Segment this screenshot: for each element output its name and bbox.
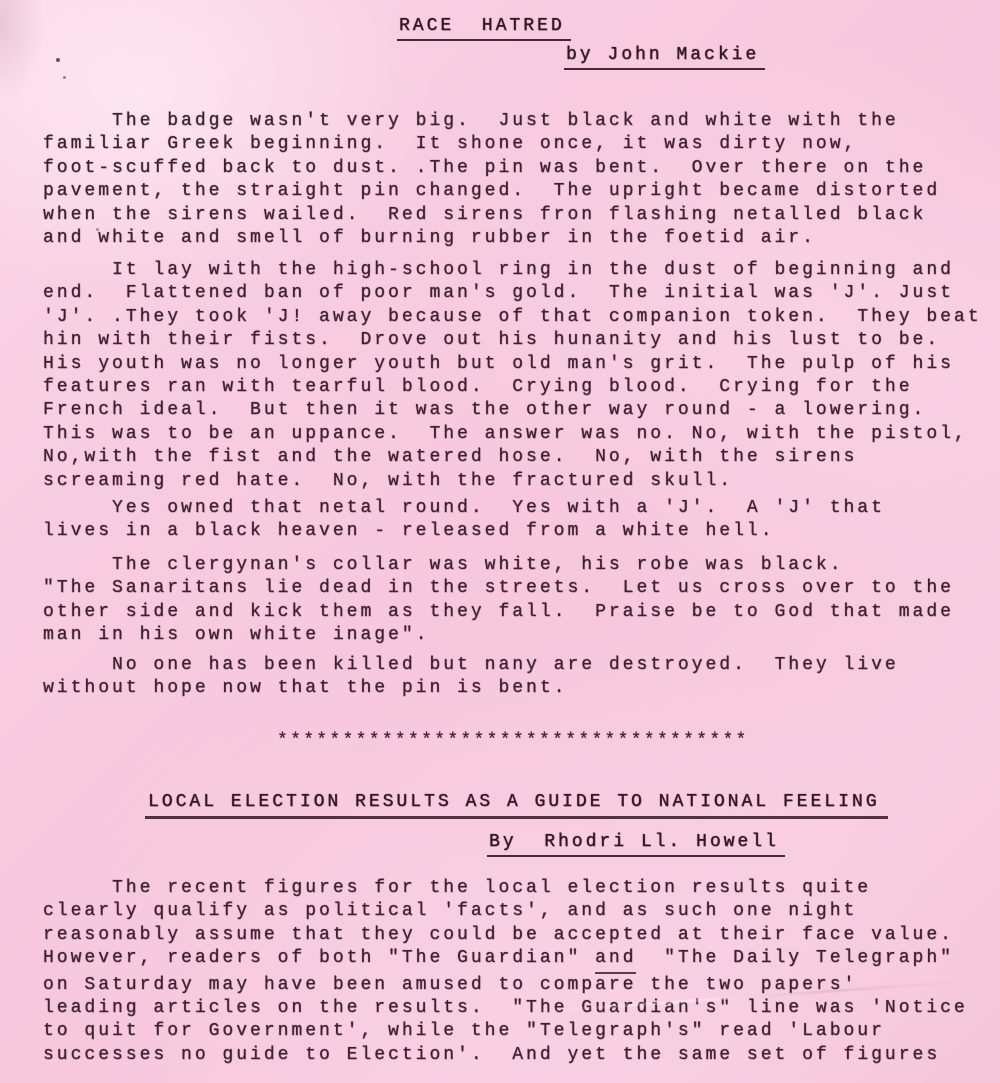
text-line: successes no guide to Election'. And yet…: [43, 1044, 968, 1067]
ink-speck: [96, 228, 99, 231]
text-line: Yes owned that netal round. Yes with a '…: [43, 497, 885, 520]
article1-paragraph-3: Yes owned that netal round. Yes with a '…: [43, 497, 885, 544]
text-line: familiar Greek beginning. It shone once,…: [43, 133, 940, 156]
underlined-word: and: [595, 947, 636, 973]
asterisk-divider: ************************************: [277, 731, 749, 751]
text-line: hin with their fists. Drove out his huna…: [43, 329, 982, 352]
text-line: His youth was no longer youth but old ma…: [43, 353, 982, 376]
text-line: lives in a black heaven - released from …: [43, 520, 885, 543]
text-line: It lay with the high-school ring in the …: [43, 259, 982, 282]
text-line: 'J'. .They took 'J! away because of that…: [43, 306, 982, 329]
article1-byline: by John Mackie: [564, 45, 765, 70]
text-line: and white and smell of burning rubber in…: [43, 227, 940, 250]
text-line: other side and kick them as they fall. P…: [43, 601, 954, 624]
text-line: without hope now that the pin is bent.: [43, 677, 899, 700]
text-line: French ideal. But then it was the other …: [43, 399, 982, 422]
text-line: leading articles on the results. "The Gu…: [43, 997, 968, 1020]
text-line: on Saturday may have been amused to comp…: [43, 974, 968, 997]
text-line: "The Sanaritans lie dead in the streets.…: [43, 577, 954, 600]
text-line: features ran with tearful blood. Crying …: [43, 376, 982, 399]
text-line: end. Flattened ban of poor man's gold. T…: [43, 282, 982, 305]
text-line: to quit for Government', while the "Tele…: [43, 1020, 968, 1043]
text-line: clearly qualify as political 'facts', an…: [43, 900, 968, 923]
article1-paragraph-2: It lay with the high-school ring in the …: [43, 259, 982, 493]
text-line: No one has been killed but nany are dest…: [43, 654, 899, 677]
text-line: man in his own white inage".: [43, 624, 954, 647]
text-line: This was to be an uppance. The answer wa…: [43, 423, 982, 446]
article2-byline: By Rhodri Ll. Howell: [487, 832, 785, 857]
text-line: The clergynan's collar was white, his ro…: [43, 554, 954, 577]
text-line: reasonably assume that they could be acc…: [43, 924, 968, 947]
article2-title: LOCAL ELECTION RESULTS AS A GUIDE TO NAT…: [145, 792, 888, 819]
text-line: pavement, the straight pin changed. The …: [43, 180, 940, 203]
article1-paragraph-1: The badge wasn't very big. Just black an…: [43, 110, 940, 250]
text-segment: "The Daily Telegraph": [636, 948, 953, 968]
text-line: The recent figures for the local electio…: [43, 877, 968, 900]
text-line: foot-scuffed back to dust. .The pin was …: [43, 157, 940, 180]
text-line: However, readers of both "The Guardian" …: [43, 947, 968, 973]
text-segment: However, readers of both "The Guardian": [43, 948, 595, 968]
article1-paragraph-5: No one has been killed but nany are dest…: [43, 654, 899, 701]
article1-paragraph-4: The clergynan's collar was white, his ro…: [43, 554, 954, 648]
text-line: when the sirens wailed. Red sirens fron …: [43, 204, 940, 227]
article1-title: RACE HATRED: [397, 16, 571, 41]
scanned-document-page: RACE HATRED by John Mackie The badge was…: [0, 0, 1000, 1083]
text-line: screaming red hate. No, with the fractur…: [43, 470, 982, 493]
article2-paragraph-1: The recent figures for the local electio…: [43, 877, 968, 1067]
ink-speck: [56, 58, 60, 62]
text-line: The badge wasn't very big. Just black an…: [43, 110, 940, 133]
ink-speck: [63, 76, 66, 79]
text-line: No,with the fist and the watered hose. N…: [43, 446, 982, 469]
